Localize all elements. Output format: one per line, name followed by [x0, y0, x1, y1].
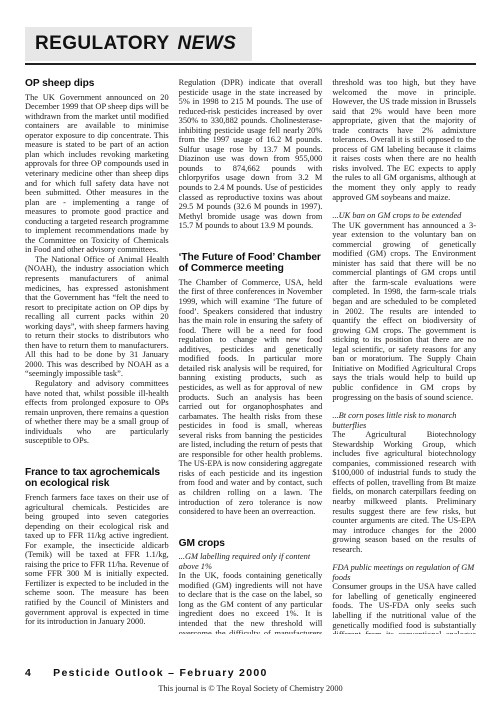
subhead-gm-labelling: ...GM labelling required only if content…	[179, 552, 323, 571]
paragraph: threshold was too high, but they have we…	[332, 78, 476, 202]
column-1: OP sheep dips The UK Government announce…	[25, 78, 169, 634]
paragraph: Consumer groups in the USA have called f…	[332, 582, 476, 634]
page-header: REGULATORY NEWS	[0, 0, 500, 65]
heading-op-sheep-dips: OP sheep dips	[25, 78, 169, 90]
paragraph: The National Office of Animal Health (NO…	[25, 255, 169, 379]
paragraph: In the UK, foods containing genetically …	[179, 571, 323, 634]
heading-france-tax: France to tax agrochemicals on ecologica…	[25, 467, 169, 490]
column-2: Regulation (DPR) indicate that overall p…	[179, 78, 323, 634]
heading-future-of-food: ‘The Future of Food’ Chamber of Commerce…	[179, 252, 323, 275]
page-number: 4	[25, 667, 32, 679]
page-footer: 4 Pesticide Outlook – February 2000 This…	[25, 667, 476, 693]
paragraph: The UK government has announced a 3-year…	[332, 221, 476, 402]
paragraph: The Agricultural Biotechnology Stewardsh…	[332, 430, 476, 554]
copyright-notice: This journal is © The Royal Society of C…	[25, 684, 476, 693]
paragraph: The UK Government announced on 20 Decemb…	[25, 93, 169, 255]
section-title-band: REGULATORY NEWS	[25, 27, 252, 61]
page-title-accent: NEWS	[178, 33, 237, 54]
paragraph: The Chamber of Commerce, USA, held the f…	[179, 278, 323, 517]
subhead-uk-ban: ...UK ban on GM crops to be extended	[332, 211, 476, 221]
journal-title: Pesticide Outlook – February 2000	[53, 667, 267, 679]
column-3: threshold was too high, but they have we…	[332, 78, 476, 634]
subhead-fda-meetings: FDA public meetings on regulation of GM …	[332, 563, 476, 582]
footer-journal-line: 4 Pesticide Outlook – February 2000	[25, 667, 476, 679]
paragraph: Regulatory and advisory committees have …	[25, 379, 169, 446]
subhead-bt-corn: ...Bt corn poses little risk to monarch …	[332, 411, 476, 430]
paragraph: Regulation (DPR) indicate that overall p…	[179, 78, 323, 231]
journal-page: REGULATORY NEWS OP sheep dips The UK Gov…	[0, 0, 500, 707]
paragraph: French farmers face taxes on their use o…	[25, 493, 169, 627]
page-title: REGULATORY	[35, 33, 170, 54]
heading-gm-crops: GM crops	[179, 538, 323, 550]
article-columns: OP sheep dips The UK Government announce…	[0, 65, 500, 634]
